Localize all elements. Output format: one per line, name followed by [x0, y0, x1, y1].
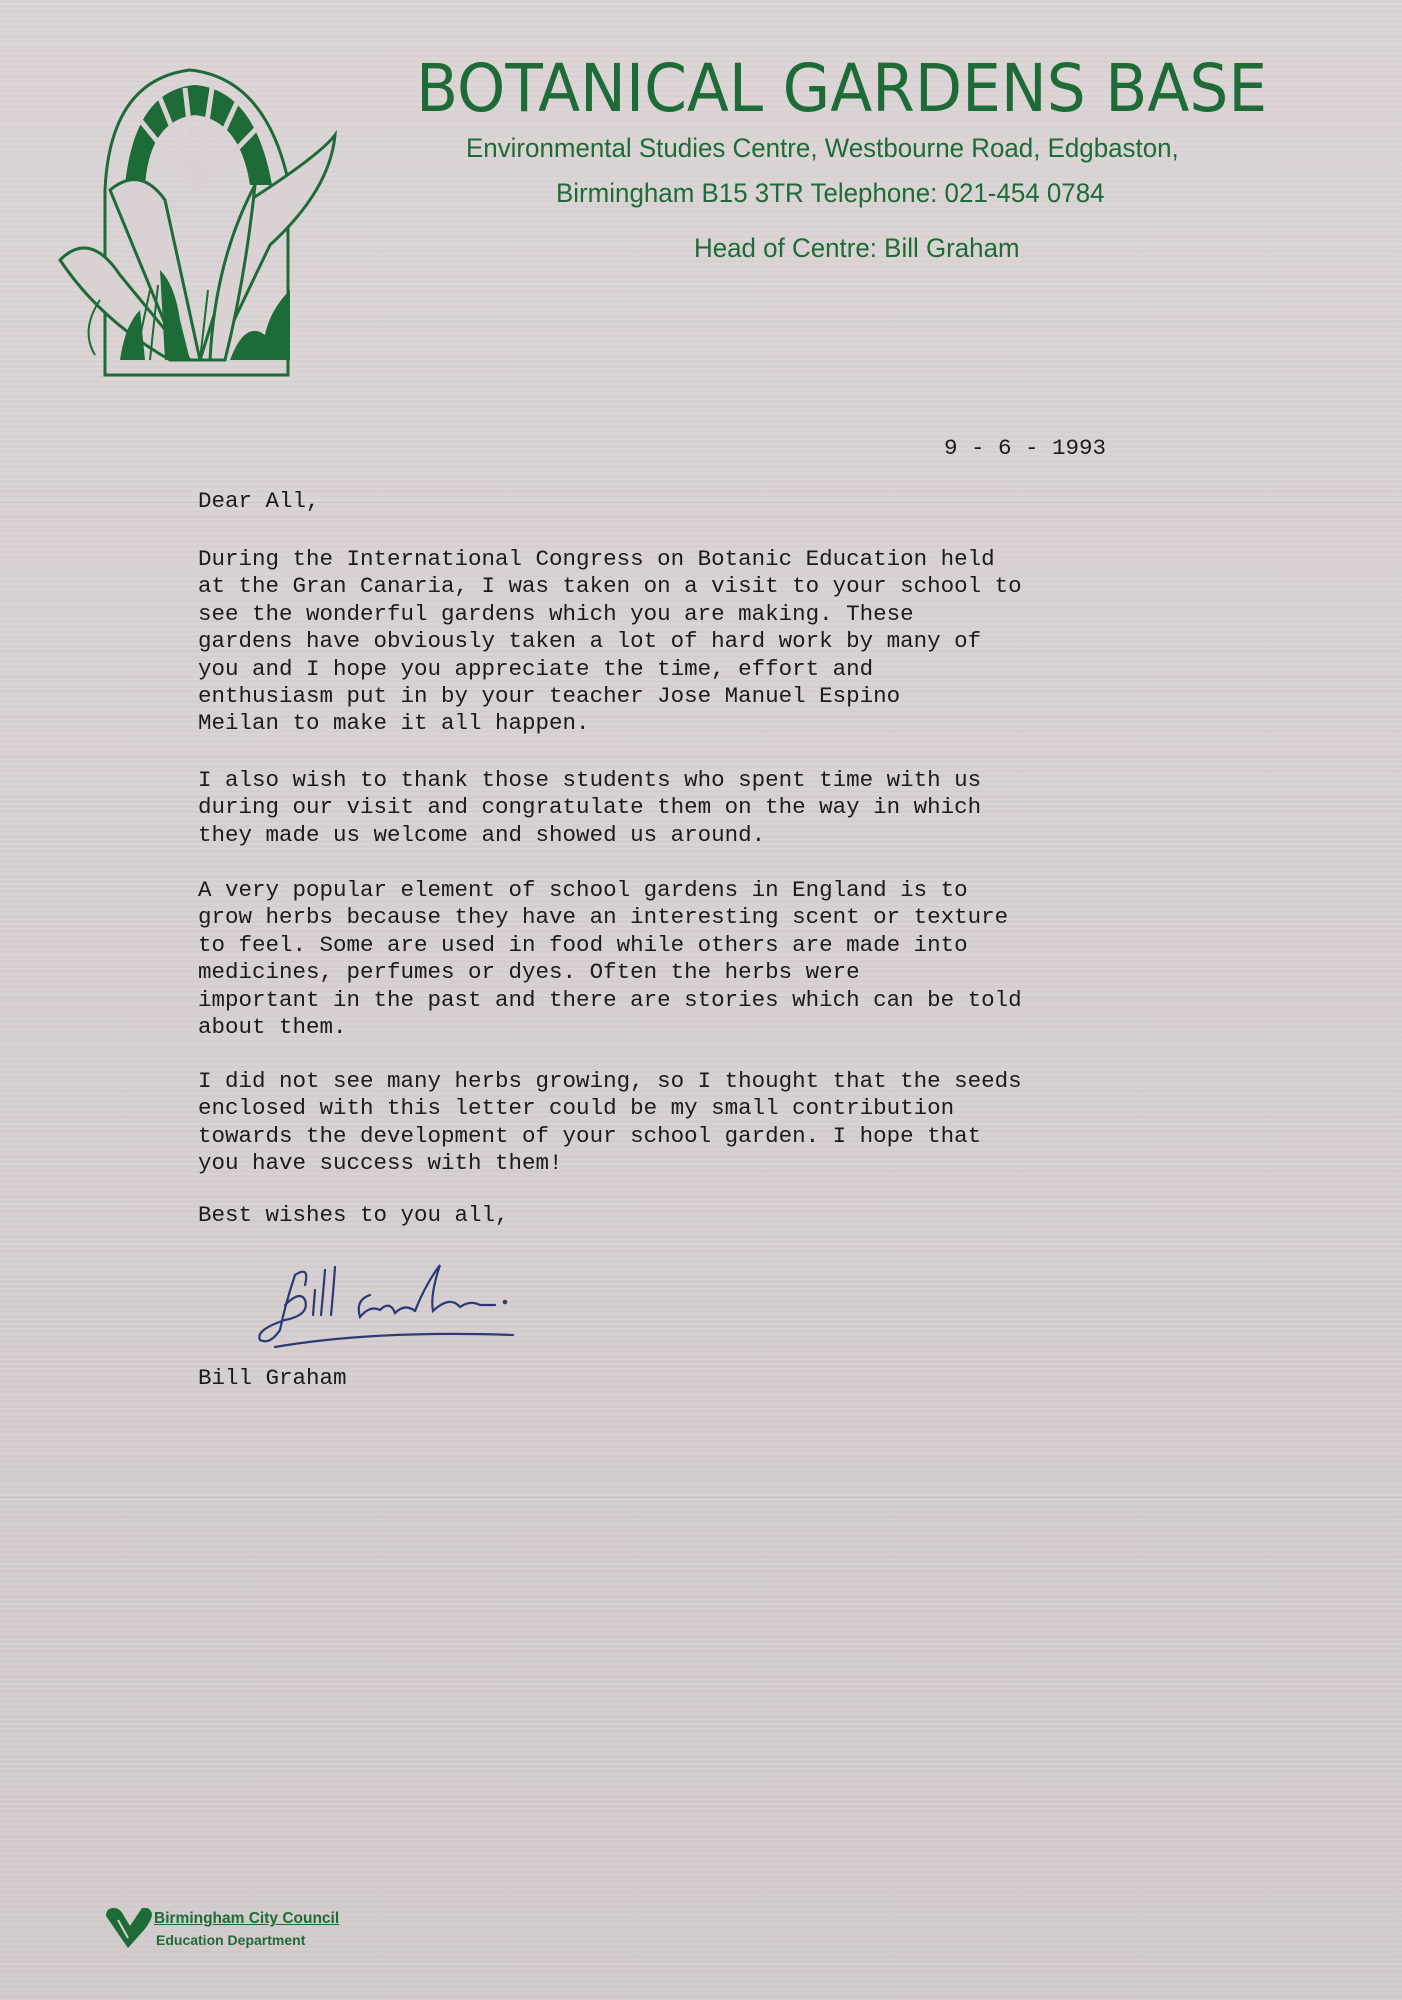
department-name: Education Department: [156, 1932, 305, 1948]
head-of-centre: Head of Centre: Bill Graham: [694, 233, 1020, 264]
organization-title: BOTANICAL GARDENS BASE: [416, 50, 1267, 127]
paragraph-3: A very popular element of school gardens…: [198, 877, 1022, 1041]
address-line-2: Birmingham B15 3TR Telephone: 021-454 07…: [556, 178, 1105, 209]
salutation: Dear All,: [198, 488, 320, 515]
paragraph-4: I did not see many herbs growing, so I t…: [198, 1068, 1022, 1178]
heart-check-logo-icon: [104, 1908, 154, 1948]
paragraph-2: I also wish to thank those students who …: [198, 767, 981, 849]
signature-icon: [255, 1245, 595, 1355]
signatory-name: Bill Graham: [198, 1365, 347, 1392]
council-footer: Birmingham City Council Education Depart…: [104, 1908, 404, 1958]
paper-fold-line: [0, 1495, 1402, 1498]
paragraph-1: During the International Congress on Bot…: [198, 546, 1022, 738]
letter-date: 9 - 6 - 1993: [944, 435, 1106, 462]
letter-page: BOTANICAL GARDENS BASE Environmental Stu…: [0, 0, 1402, 2000]
address-line-1: Environmental Studies Centre, Westbourne…: [466, 133, 1179, 164]
botanical-logo-icon: [40, 60, 340, 380]
council-name: Birmingham City Council: [154, 1910, 339, 1928]
closing: Best wishes to you all,: [198, 1202, 509, 1229]
